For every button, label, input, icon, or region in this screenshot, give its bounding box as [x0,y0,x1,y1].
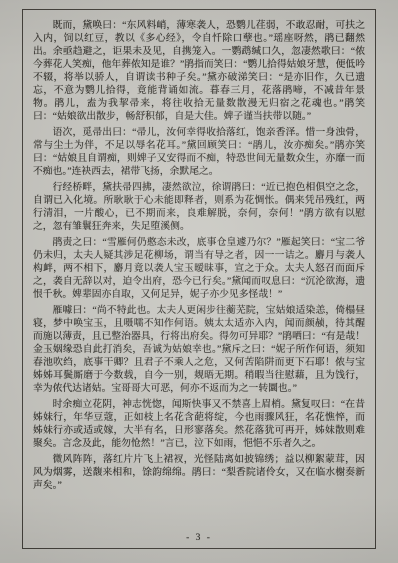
text-block: 既而，黛唤曰：“东风料峭，薄寒袭人，恐鹦儿荏弱，不敢忍耐，可扶之入内，饲以红豆，… [33,19,365,495]
paragraph: 鹃责之曰：“雪雁何仍憨态未改，底事仓皇遽乃尔？”雁起笑曰：“宝二爷仍未归，太夫人… [33,236,365,301]
paragraph: 语次，觅帚出曰：“帚儿，汝何幸得收拾落红，饱亲香泽。惜一身浊骨，常与尘土为伴，不… [33,126,365,178]
page-border-frame: 既而，黛唤曰：“东风料峭，薄寒袭人，恐鹦儿荏弱，不敢忍耐，可扶之入内，饲以红豆，… [22,9,376,549]
page-number: - 3 - [23,533,375,543]
scanned-page: 既而，黛唤曰：“东风料峭，薄寒袭人，恐鹦儿荏弱，不敢忍耐，可扶之入内，饲以红豆，… [0,0,398,563]
paragraph: 时余痴立花阴，神志恍惚，闻斯快事又不禁喜上眉梢。黛复叹曰：“在昔姊妹行，年华豆蔻… [33,398,365,450]
paragraph: 微风阵阵，落红片片飞上裙衩，光怪陆离如披锦绣；益以柳絮蒙茸，因风为烟雾，送馥来相… [33,453,365,492]
paragraph: 既而，黛唤曰：“东风料峭，薄寒袭人，恐鹦儿荏弱，不敢忍耐，可扶之入内，饲以红豆，… [33,19,365,123]
paragraph: 雁噱曰：“尚不特此也。太夫人更闲步往蘅芜院，宝姑娘适染恙，倚榻昼寝，梦中唤宝玉，… [33,304,365,395]
paragraph: 行经桥畔，黛扶帚四拂，凄然欲泣，徐谓鹃曰：“近已抱色相俱空之念，自谓已入化境。所… [33,181,365,233]
